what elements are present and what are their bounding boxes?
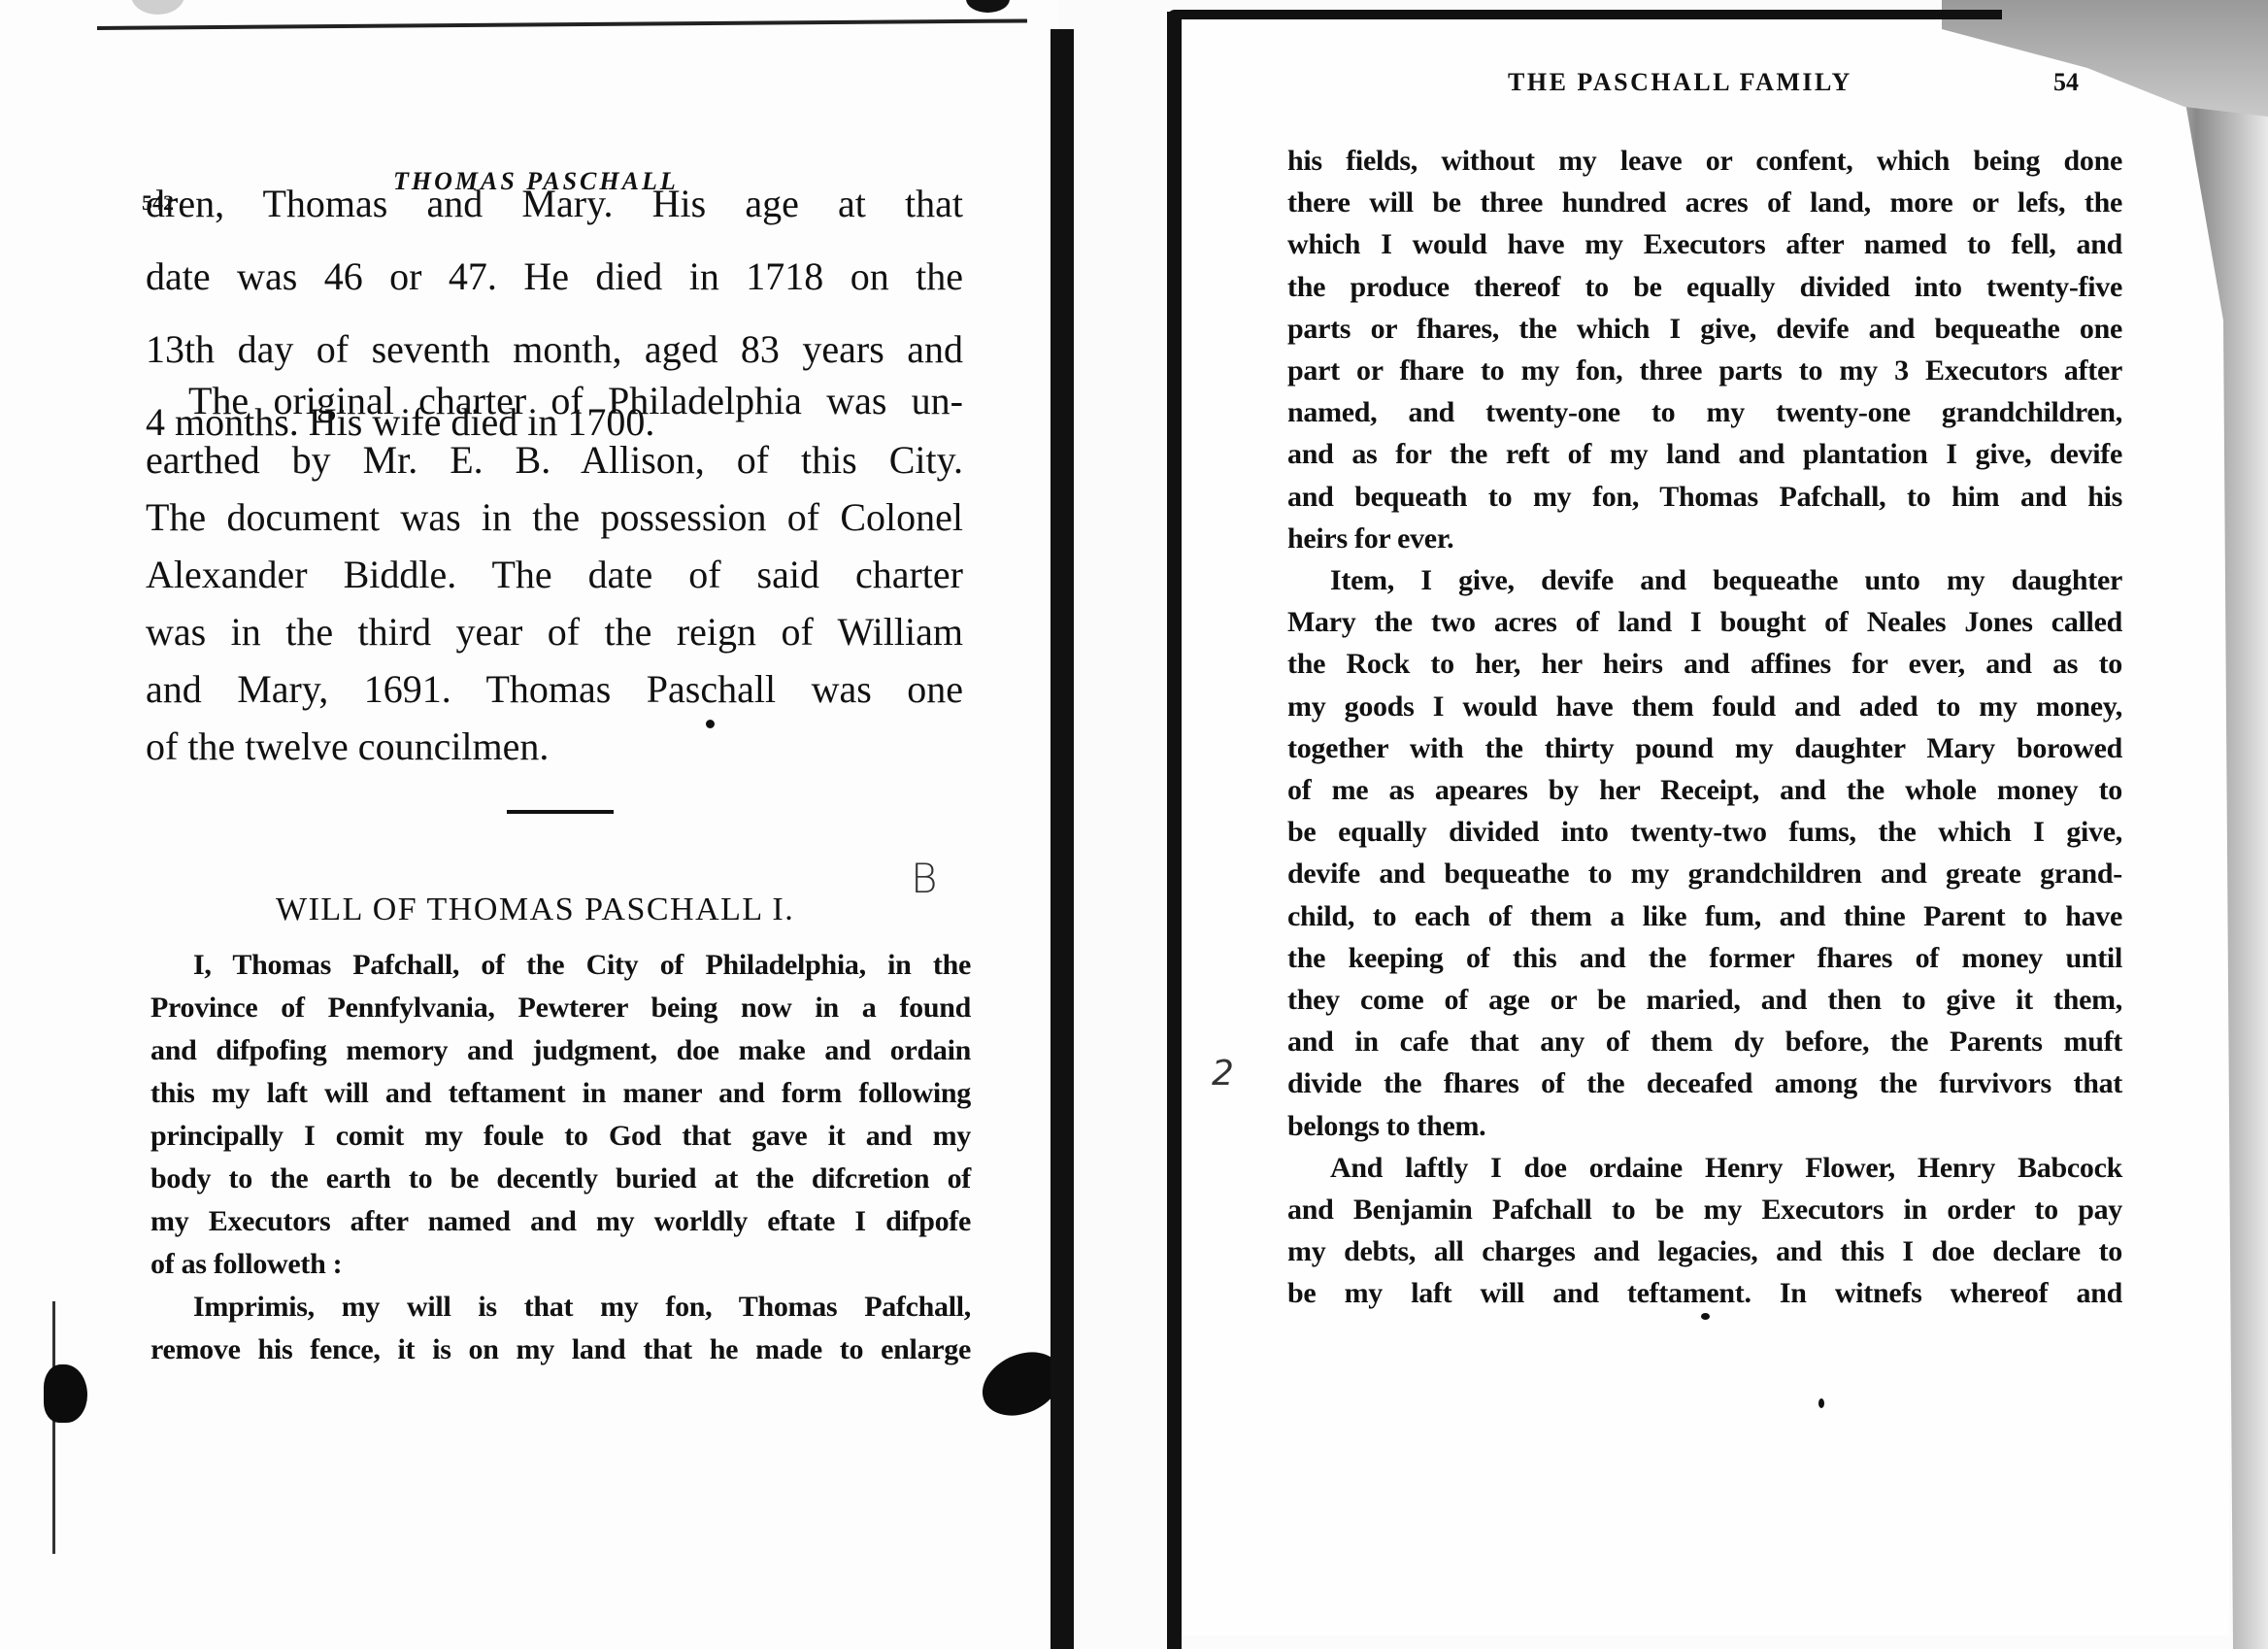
- text-line: of me as apeares by her Receipt, and the…: [1287, 769, 2122, 811]
- text-line: I, Thomas Pafchall, of the City of Phila…: [150, 944, 971, 987]
- page-border-top: [1167, 10, 2002, 19]
- text-line: heirs for ever.: [1287, 518, 2122, 559]
- paragraph-charter: The original charter of Philadelphia was…: [146, 371, 963, 775]
- text-line: together with the thirty pound my daught…: [1287, 727, 2122, 769]
- right-page-body: his fields, without my leave or confent,…: [1287, 140, 2122, 1315]
- text-line: my goods I would have them fould and ade…: [1287, 686, 2122, 727]
- text-line: parts or fhares, the which I give, devif…: [1287, 308, 2122, 350]
- text-line: my debts, all charges and legacies, and …: [1287, 1230, 2122, 1272]
- text-line: and Mary, 1691. Thomas Paschall was one: [146, 660, 963, 718]
- text-line: The original charter of Philadelphia was…: [146, 371, 963, 431]
- text-line: part or fhare to my fon, three parts to …: [1287, 350, 2122, 391]
- running-head: THE PASCHALL FAMILY: [1508, 68, 1852, 97]
- text-line: be equally divided into twenty-two fums,…: [1287, 811, 2122, 853]
- text-line: belongs to them.: [1287, 1105, 2122, 1147]
- text-line: this my laft will and teftament in maner…: [150, 1072, 971, 1115]
- text-line: there will be three hundred acres of lan…: [1287, 182, 2122, 223]
- text-line: Mary the two acres of land I bought of N…: [1287, 601, 2122, 643]
- text-line: and bequeath to my fon, Thomas Pafchall,…: [1287, 476, 2122, 518]
- text-line: And laftly I doe ordaine Henry Flower, H…: [1287, 1147, 2122, 1189]
- text-line: his fields, without my leave or confent,…: [1287, 140, 2122, 182]
- text-line: and difpofing memory and judgment, doe m…: [150, 1029, 971, 1072]
- text-line: the Rock to her, her heirs and affines f…: [1287, 643, 2122, 685]
- section-heading: WILL OF THOMAS PASCHALL I.: [276, 892, 794, 928]
- text-line: named, and twenty-one to my twenty-one g…: [1287, 391, 2122, 433]
- text-line: and Benjamin Pafchall to be my Executors…: [1287, 1189, 2122, 1230]
- section-divider: [507, 810, 614, 814]
- text-line: date was 46 or 47. He died in 1718 on th…: [146, 240, 963, 313]
- text-line: body to the earth to be decently buried …: [150, 1158, 971, 1200]
- ink-speck: [1701, 1313, 1710, 1320]
- ink-blot: [44, 1364, 87, 1423]
- text-line: be my laft will and teftament. In witnef…: [1287, 1272, 2122, 1314]
- ink-speck: [706, 720, 715, 728]
- text-line: Alexander Biddle. The date of said chart…: [146, 546, 963, 603]
- text-line: the produce thereof to be equally divide…: [1287, 266, 2122, 308]
- text-line: child, to each of them a like fum, and t…: [1287, 895, 2122, 937]
- ink-speck: [1818, 1398, 1824, 1408]
- binding-gutter: [1051, 29, 1074, 1649]
- text-line: Item, I give, devife and bequeathe unto …: [1287, 559, 2122, 601]
- text-line: of the twelve councilmen.: [146, 718, 963, 775]
- text-line: Province of Pennfylvania, Pewterer being…: [150, 987, 971, 1029]
- text-line: devife and bequeathe to my grandchildren…: [1287, 853, 2122, 894]
- text-line: of as followeth :: [150, 1243, 971, 1286]
- text-line: and as for the reft of my land and plant…: [1287, 433, 2122, 475]
- text-line: principally I comit my foule to God that…: [150, 1115, 971, 1158]
- text-line: divide the fhares of the deceafed among …: [1287, 1062, 2122, 1104]
- text-line: dren, Thomas and Mary. His age at that: [146, 167, 963, 240]
- text-line: earthed by Mr. E. B. Allison, of this Ci…: [146, 431, 963, 488]
- text-line: they come of age or be maried, and then …: [1287, 979, 2122, 1021]
- margin-annotation: 2: [1212, 1054, 1234, 1094]
- page-border-left: [1167, 12, 1182, 1649]
- ink-streak: [52, 1301, 55, 1554]
- text-line: and in cafe that any of them dy before, …: [1287, 1021, 2122, 1062]
- text-line: remove his fence, it is on my land that …: [150, 1329, 971, 1371]
- will-paragraph-1: I, Thomas Pafchall, of the City of Phila…: [150, 944, 971, 1371]
- page-number-partial: 54: [2053, 68, 2079, 97]
- text-line: my Executors after named and my worldly …: [150, 1200, 971, 1243]
- text-line: which I would have my Executors after na…: [1287, 223, 2122, 265]
- text-line: Imprimis, my will is that my fon, Thomas…: [150, 1286, 971, 1329]
- text-line: was in the third year of the reign of Wi…: [146, 603, 963, 660]
- handwritten-annotation: B: [911, 855, 938, 902]
- text-line: The document was in the possession of Co…: [146, 488, 963, 546]
- text-line: the keeping of this and the former fhare…: [1287, 937, 2122, 979]
